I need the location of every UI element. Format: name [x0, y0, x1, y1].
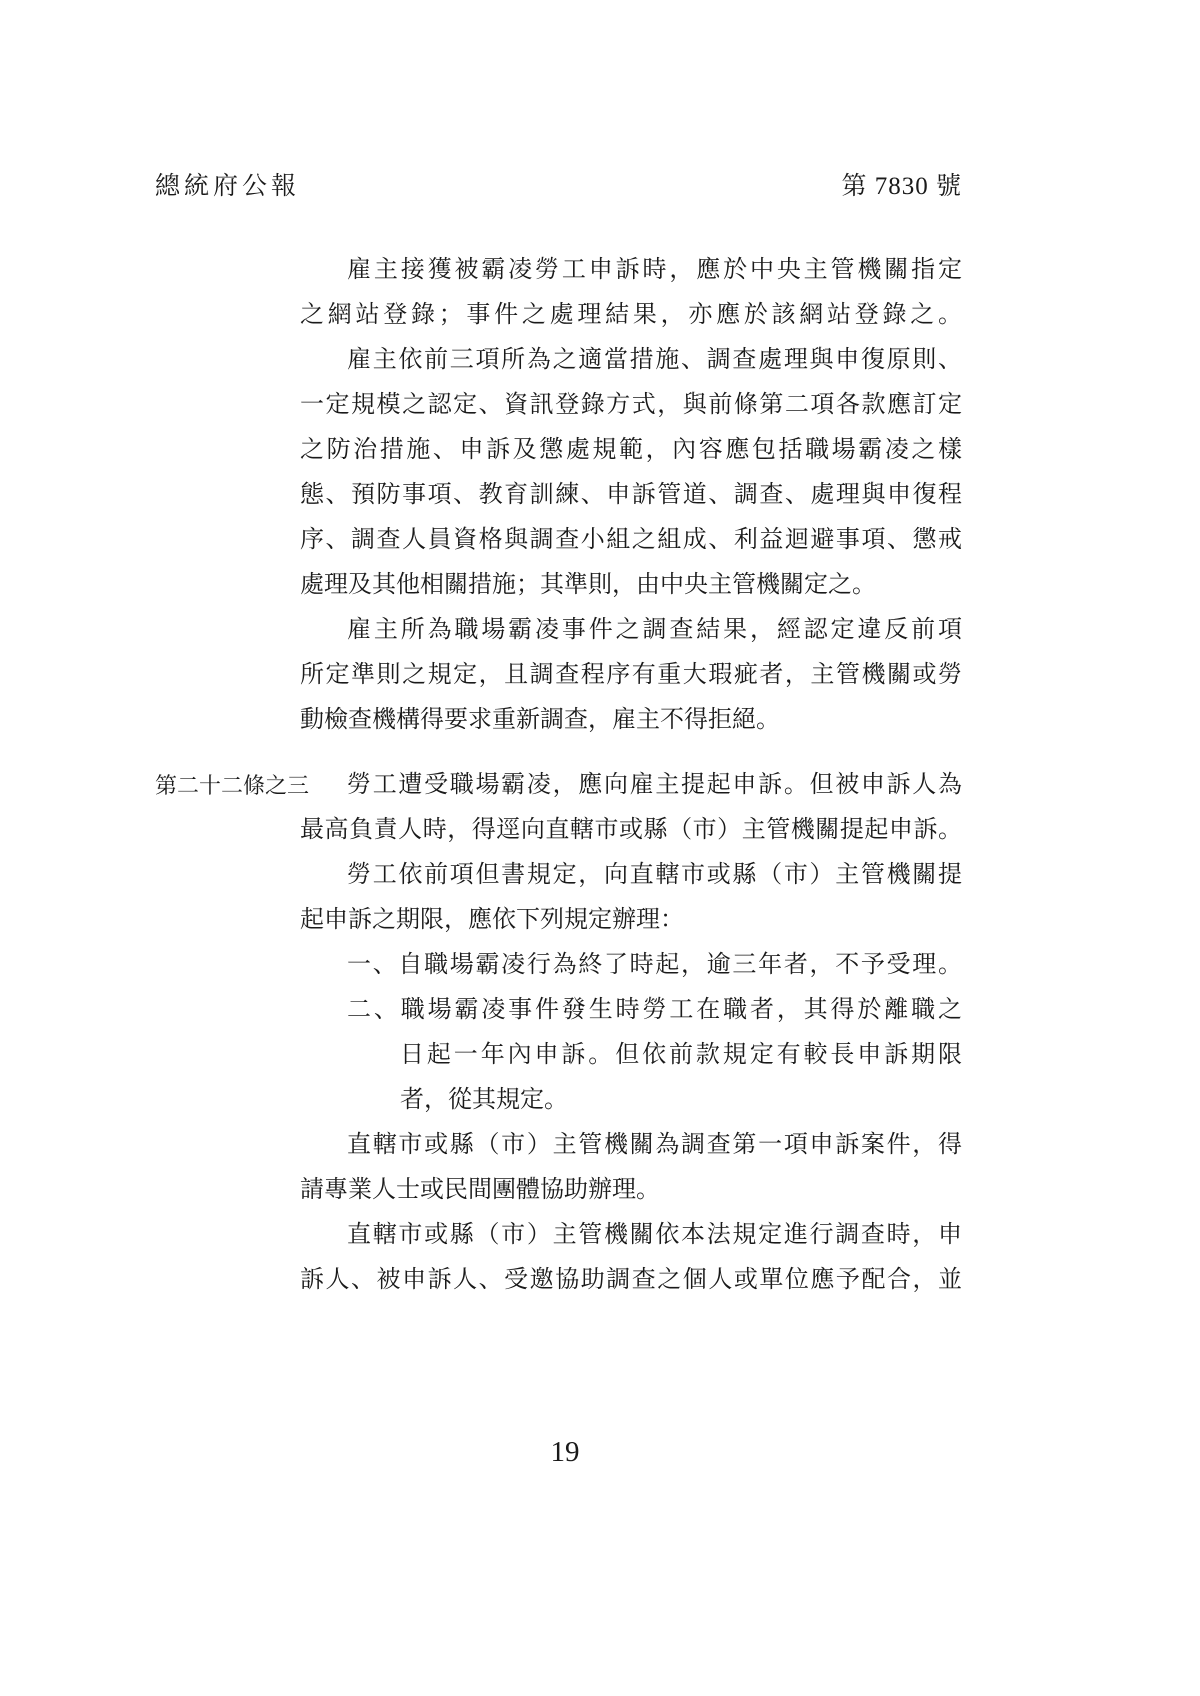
text-line-content: 一、自職場霸凌行為終了時起，逾三年者，不予受理。 — [347, 952, 962, 978]
issue-number: 第 7830 號 — [841, 166, 962, 202]
text-line: 之網站登錄；事件之處理結果，亦應於該網站登錄之。 — [300, 293, 962, 338]
text-line-content: 二、職場霸凌事件發生時勞工在職者，其得於離職之 — [347, 997, 962, 1023]
text-line: 第二十二條之三勞工遭受職場霸凌，應向雇主提起申訴。但被申訴人為 — [300, 763, 962, 808]
text-line: 訴人、被申訴人、受邀協助調查之個人或單位應予配合，並 — [300, 1258, 962, 1303]
text-line-content: 起申訴之期限，應依下列規定辦理： — [300, 907, 684, 933]
text-line: 最高負責人時，得逕向直轄市或縣（市）主管機關提起申訴。 — [300, 808, 962, 853]
text-line-content: 直轄市或縣（市）主管機關為調查第一項申訴案件，得 — [347, 1132, 962, 1158]
text-line: 動檢查機構得要求重新調查，雇主不得拒絕。 — [300, 698, 962, 743]
text-line-content: 雇主所為職場霸凌事件之調查結果，經認定違反前項 — [347, 617, 962, 643]
text-line-content: 一定規模之認定、資訊登錄方式，與前條第二項各款應訂定 — [300, 392, 962, 418]
text-line-content: 直轄市或縣（市）主管機關依本法規定進行調查時，申 — [347, 1222, 962, 1248]
text-line: 所定準則之規定，且調查程序有重大瑕疵者，主管機關或勞 — [300, 653, 962, 698]
text-line-content: 雇主依前三項所為之適當措施、調查處理與申復原則、 — [347, 347, 962, 373]
text-line: 雇主所為職場霸凌事件之調查結果，經認定違反前項 — [300, 608, 962, 653]
text-line-content: 態、預防事項、教育訓練、申訴管道、調查、處理與申復程 — [300, 482, 962, 508]
text-line: 日起一年內申訴。但依前款規定有較長申訴期限 — [300, 1033, 962, 1078]
text-line-content: 序、調查人員資格與調查小組之組成、利益迴避事項、懲戒 — [300, 527, 962, 553]
document-body: 雇主接獲被霸凌勞工申訴時，應於中央主管機關指定之網站登錄；事件之處理結果，亦應於… — [300, 248, 962, 1303]
text-line-content: 所定準則之規定，且調查程序有重大瑕疵者，主管機關或勞 — [300, 662, 962, 688]
text-line: 請專業人士或民間團體協助辦理。 — [300, 1168, 962, 1213]
text-line: 雇主依前三項所為之適當措施、調查處理與申復原則、 — [300, 338, 962, 383]
text-line-content: 訴人、被申訴人、受邀協助調查之個人或單位應予配合，並 — [300, 1267, 962, 1293]
text-line: 起申訴之期限，應依下列規定辦理： — [300, 898, 962, 943]
text-line: 一、自職場霸凌行為終了時起，逾三年者，不予受理。 — [300, 943, 962, 988]
text-line: 直轄市或縣（市）主管機關依本法規定進行調查時，申 — [300, 1213, 962, 1258]
text-line-content: 之網站登錄；事件之處理結果，亦應於該網站登錄之。 — [300, 302, 962, 328]
text-line: 序、調查人員資格與調查小組之組成、利益迴避事項、懲戒 — [300, 518, 962, 563]
text-line-content: 動檢查機構得要求重新調查，雇主不得拒絕。 — [300, 707, 780, 733]
article-number-label: 第二十二條之三 — [155, 763, 309, 808]
gazette-page: 總統府公報 第 7830 號 雇主接獲被霸凌勞工申訴時，應於中央主管機關指定之網… — [0, 0, 1200, 1696]
publication-title: 總統府公報 — [155, 166, 300, 202]
text-line: 二、職場霸凌事件發生時勞工在職者，其得於離職之 — [300, 988, 962, 1033]
text-line: 雇主接獲被霸凌勞工申訴時，應於中央主管機關指定 — [300, 248, 962, 293]
text-line: 一定規模之認定、資訊登錄方式，與前條第二項各款應訂定 — [300, 383, 962, 428]
text-line-content: 最高負責人時，得逕向直轄市或縣（市）主管機關提起申訴。 — [300, 817, 962, 843]
page-number: 19 — [0, 1436, 1130, 1469]
text-line: 處理及其他相關措施；其準則，由中央主管機關定之。 — [300, 563, 962, 608]
text-line-content: 之防治措施、申訴及懲處規範，內容應包括職場霸凌之樣 — [300, 437, 962, 463]
text-line-content: 勞工遭受職場霸凌，應向雇主提起申訴。但被申訴人為 — [347, 772, 962, 798]
text-line-content: 雇主接獲被霸凌勞工申訴時，應於中央主管機關指定 — [347, 257, 962, 283]
text-line: 勞工依前項但書規定，向直轄市或縣（市）主管機關提 — [300, 853, 962, 898]
text-line: 者，從其規定。 — [300, 1078, 962, 1123]
text-line-content: 處理及其他相關措施；其準則，由中央主管機關定之。 — [300, 572, 876, 598]
text-line-content: 請專業人士或民間團體協助辦理。 — [300, 1177, 660, 1203]
text-line-content: 勞工依前項但書規定，向直轄市或縣（市）主管機關提 — [347, 862, 962, 888]
text-line: 之防治措施、申訴及懲處規範，內容應包括職場霸凌之樣 — [300, 428, 962, 473]
text-line-content: 者，從其規定。 — [400, 1087, 568, 1113]
text-line-content: 日起一年內申訴。但依前款規定有較長申訴期限 — [400, 1042, 962, 1068]
text-line: 直轄市或縣（市）主管機關為調查第一項申訴案件，得 — [300, 1123, 962, 1168]
text-line: 態、預防事項、教育訓練、申訴管道、調查、處理與申復程 — [300, 473, 962, 518]
